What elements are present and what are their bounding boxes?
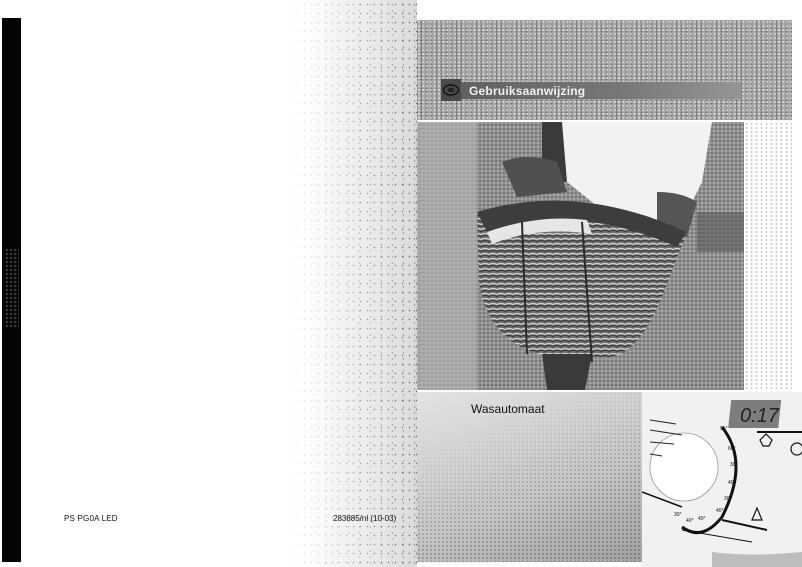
- model-label: PS PG0A LED: [64, 514, 118, 523]
- document-code: 283885/nl (10-03): [333, 514, 396, 523]
- lower-panel-background: [417, 392, 642, 562]
- cover-page: Gebruiksaanwijzing: [417, 0, 802, 567]
- svg-text:40°: 40°: [728, 480, 736, 486]
- left-page: [21, 0, 417, 567]
- svg-text:30°: 30°: [674, 512, 682, 518]
- control-panel-photo: 0:17 95° 60° 30° 40° 30° 40° 40° 40° 30°: [642, 392, 802, 567]
- scan-noise: [744, 122, 792, 390]
- svg-text:30°: 30°: [724, 496, 732, 502]
- svg-text:95°: 95°: [720, 426, 728, 432]
- title-bar: Gebruiksaanwijzing: [441, 82, 741, 99]
- scan-noise: [21, 0, 417, 567]
- svg-text:60°: 60°: [728, 446, 736, 452]
- product-name: Wasautomaat: [471, 402, 545, 416]
- cover-photo: [417, 122, 744, 390]
- svg-text:40°: 40°: [716, 508, 724, 514]
- manual-title: Gebruiksaanwijzing: [469, 84, 585, 98]
- svg-text:40°: 40°: [698, 516, 706, 522]
- svg-text:40°: 40°: [686, 518, 694, 524]
- program-display: 0:17: [740, 405, 780, 427]
- svg-text:30°: 30°: [730, 462, 738, 468]
- scan-spine-edge: [2, 18, 21, 562]
- header-band: Gebruiksaanwijzing: [417, 20, 792, 120]
- washing-machine-logo-icon: [441, 79, 461, 101]
